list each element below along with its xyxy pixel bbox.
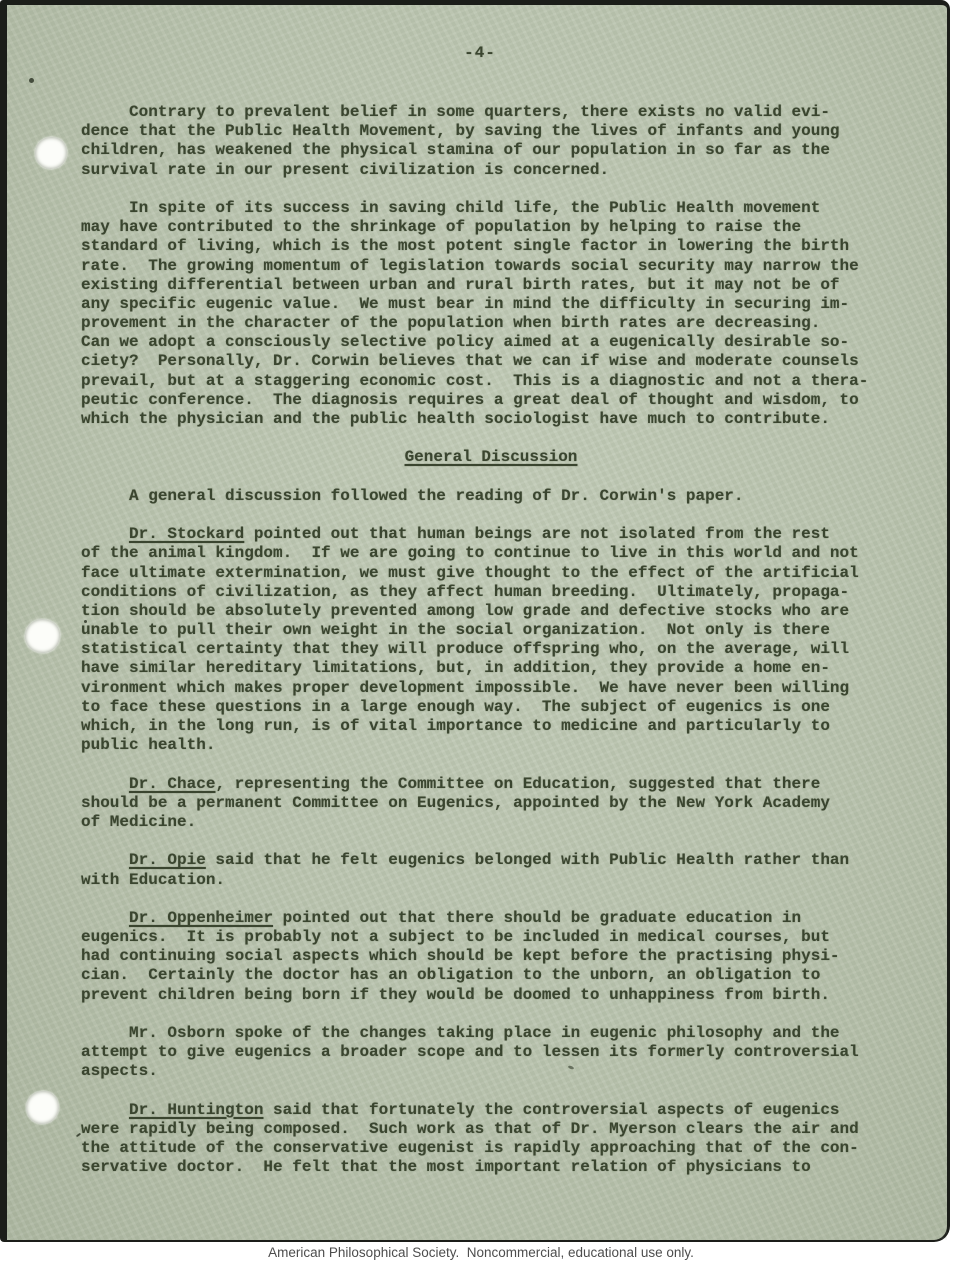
text-line: Dr. Oppenheimer pointed out that there s… (81, 909, 901, 928)
text-line: were rapidly being composed. Such work a… (81, 1120, 901, 1139)
text-line: have similar hereditary limitations, but… (81, 659, 901, 678)
scan-speck (29, 78, 34, 83)
text-line: Can we adopt a consciously selective pol… (81, 333, 901, 352)
text-line: attempt to give eugenics a broader scope… (81, 1043, 901, 1062)
document-body: Contrary to prevalent belief in some qua… (81, 103, 901, 1178)
text-line: ciety? Personally, Dr. Corwin believes t… (81, 352, 901, 371)
text-line: Mr. Osborn spoke of the changes taking p… (81, 1024, 901, 1043)
text-line: which, in the long run, is of vital impo… (81, 717, 901, 736)
text-line: In spite of its success in saving child … (81, 199, 901, 218)
hole-punch-top (35, 137, 67, 169)
text-line: may have contributed to the shrinkage of… (81, 218, 901, 237)
text-line: children, has weakened the physical stam… (81, 141, 901, 160)
text-line: public health. (81, 736, 901, 755)
text-line: peutic conference. The diagnosis require… (81, 391, 901, 410)
text-line: rate. The growing momentum of legislatio… (81, 257, 901, 276)
text-line: which the physician and the public healt… (81, 410, 901, 429)
paragraph-dr-huntington: Dr. Huntington said that fortunately the… (81, 1101, 901, 1178)
text-line: the attitude of the conservative eugenis… (81, 1139, 901, 1158)
text-line: provement in the character of the popula… (81, 314, 901, 333)
text-line: face ultimate extermination, we must giv… (81, 564, 901, 583)
text-line: survival rate in our present civilizatio… (81, 161, 901, 180)
text-line: of Medicine. (81, 813, 901, 832)
hole-punch-middle (22, 616, 63, 657)
paragraph-mr-osborn: Mr. Osborn spoke of the changes taking p… (81, 1024, 901, 1082)
text-line: with Education. (81, 871, 901, 890)
paragraph-dr-oppenheimer: Dr. Oppenheimer pointed out that there s… (81, 909, 901, 1005)
text-line: had continuing social aspects which shou… (81, 947, 901, 966)
scanned-archive-page: { "colors": { "paper": "#b9c3ae", "paper… (0, 0, 962, 1266)
scan-speck (84, 620, 87, 623)
text-line: should be a permanent Committee on Eugen… (81, 794, 901, 813)
text-line: prevail, but at a staggering economic co… (81, 372, 901, 391)
text-line: dence that the Public Health Movement, b… (81, 122, 901, 141)
text-line: unable to pull their own weight in the s… (81, 621, 901, 640)
text-line: Contrary to prevalent belief in some qua… (81, 103, 901, 122)
text-line: servative doctor. He felt that the most … (81, 1158, 901, 1177)
text-line: existing differential between urban and … (81, 276, 901, 295)
text-line: vironment which makes proper development… (81, 679, 901, 698)
text-line: eugenics. It is probably not a subject t… (81, 928, 901, 947)
text-line: Dr. Opie said that he felt eugenics belo… (81, 851, 901, 870)
text-line: Dr. Huntington said that fortunately the… (81, 1101, 901, 1120)
paragraph-dr-chace: Dr. Chace, representing the Committee on… (81, 775, 901, 833)
text-line: A general discussion followed the readin… (81, 487, 901, 506)
paragraph-dr-stockard: Dr. Stockard pointed out that human bein… (81, 525, 901, 755)
text-line: aspects. (81, 1062, 901, 1081)
page-number: -4- (80, 44, 880, 62)
text-line: tion should be absolutely prevented amon… (81, 602, 901, 621)
text-line: standard of living, which is the most po… (81, 237, 901, 256)
text-line: statistical certainty that they will pro… (81, 640, 901, 659)
footer-attribution: American Philosophical Society. Noncomme… (0, 1242, 962, 1266)
paragraph-dr-opie: Dr. Opie said that he felt eugenics belo… (81, 851, 901, 889)
paragraph-public-health-belief: Contrary to prevalent belief in some qua… (81, 103, 901, 180)
text-line: cian. Certainly the doctor has an obliga… (81, 966, 901, 985)
text-line: conditions of civilization, as they affe… (81, 583, 901, 602)
hole-punch-bottom (24, 1089, 61, 1126)
text-line: General Discussion (81, 448, 901, 467)
text-line: to face these questions in a large enoug… (81, 698, 901, 717)
paragraph-discussion-followed: A general discussion followed the readin… (81, 487, 901, 506)
text-line: prevent children being born if they woul… (81, 986, 901, 1005)
text-line: of the animal kingdom. If we are going t… (81, 544, 901, 563)
text-line: Dr. Chace, representing the Committee on… (81, 775, 901, 794)
text-line: any specific eugenic value. We must bear… (81, 295, 901, 314)
paragraph-shrinkage-of-population: In spite of its success in saving child … (81, 199, 901, 429)
text-line: Dr. Stockard pointed out that human bein… (81, 525, 901, 544)
heading-general-discussion: General Discussion (81, 448, 901, 467)
